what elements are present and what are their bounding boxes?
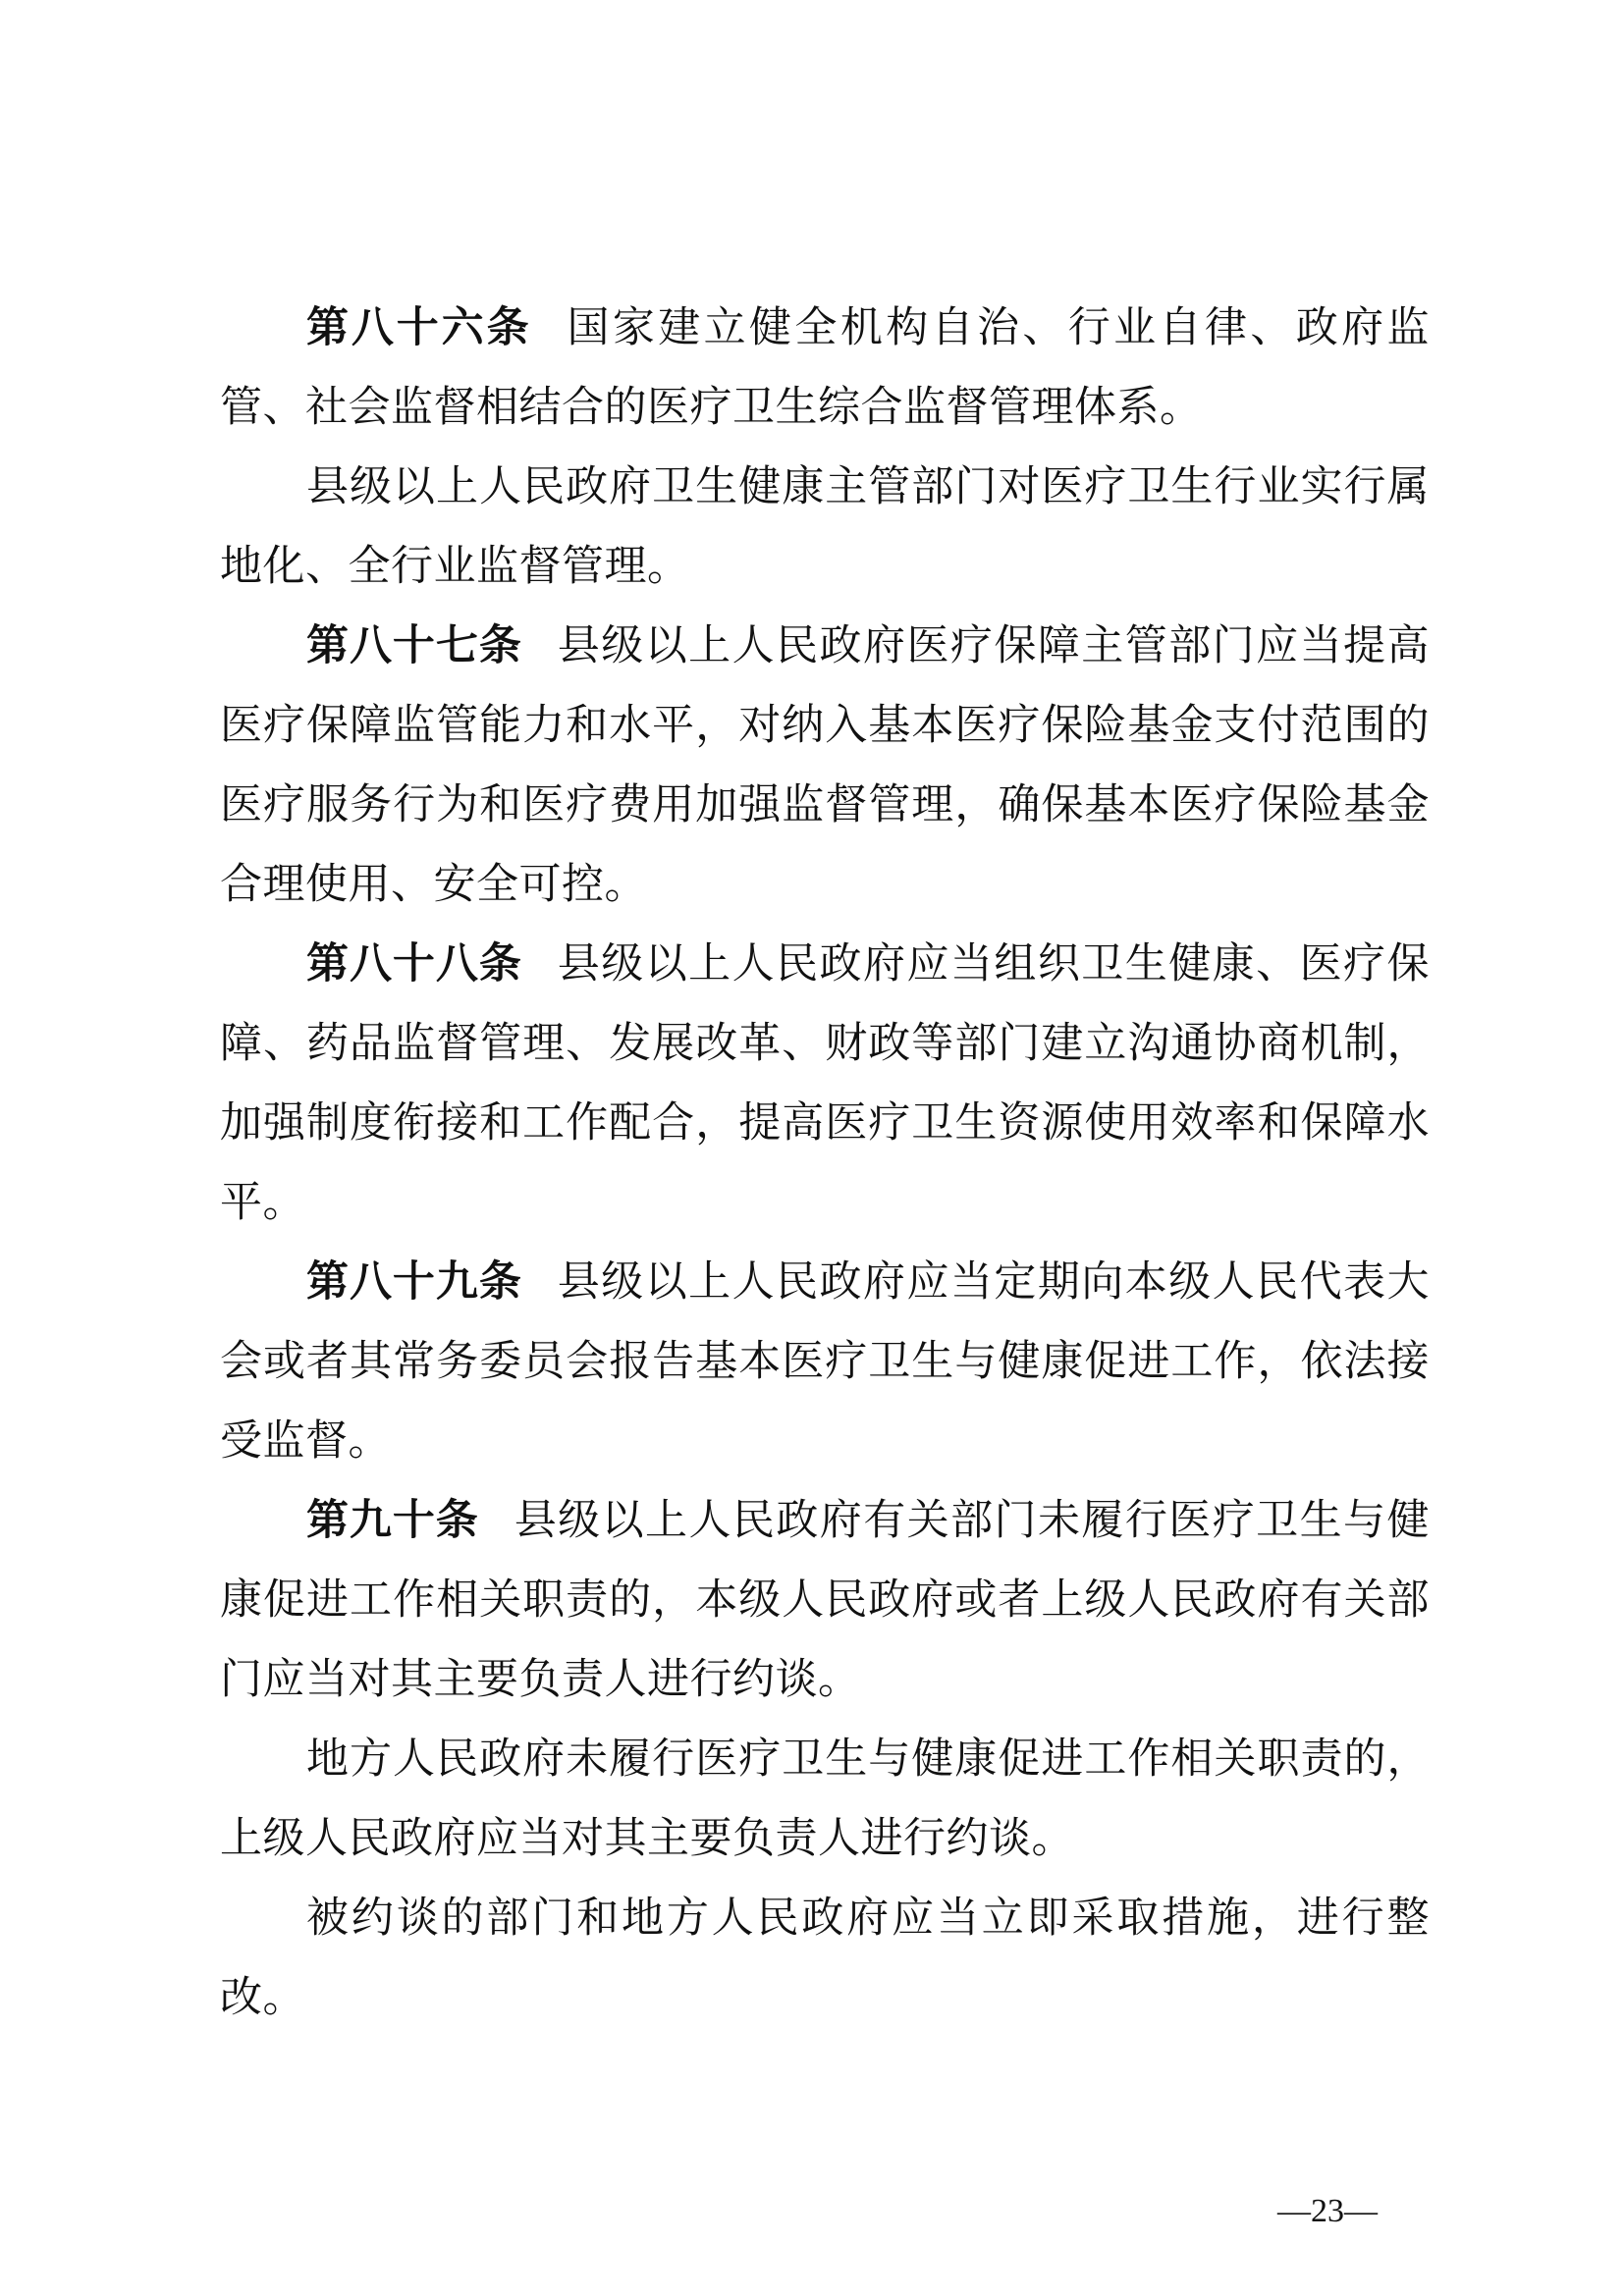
article-90-paragraph: 第九十条县级以上人民政府有关部门未履行医疗卫生与健康促进工作相关职责的，本级人民… — [220, 1481, 1430, 1720]
paragraph-text: 被约谈的部门和地方人民政府应当立即采取措施，进行整改。 — [220, 1894, 1430, 2022]
page-number: —23— — [1272, 2187, 1382, 2236]
article-86-paragraph-2: 县级以上人民政府卫生健康主管部门对医疗卫生行业实行属地化、全行业监督管理。 — [220, 448, 1430, 607]
article-number: 第八十八条 — [306, 939, 522, 988]
article-number: 第八十七条 — [306, 621, 522, 670]
article-90-paragraph-3: 被约谈的部门和地方人民政府应当立即采取措施，进行整改。 — [220, 1879, 1430, 2038]
article-87-paragraph: 第八十七条县级以上人民政府医疗保障主管部门应当提高医疗保障监管能力和水平，对纳入… — [220, 607, 1430, 925]
article-number: 第八十六条 — [306, 303, 531, 352]
paragraph-text: 地方人民政府未履行医疗卫生与健康促进工作相关职责的，上级人民政府应当对其主要负责… — [220, 1735, 1430, 1863]
article-number: 第九十条 — [306, 1496, 479, 1545]
article-88-paragraph: 第八十八条县级以上人民政府应当组织卫生健康、医疗保障、药品监督管理、发展改革、财… — [220, 925, 1430, 1243]
article-90-paragraph-2: 地方人民政府未履行医疗卫生与健康促进工作相关职责的，上级人民政府应当对其主要负责… — [220, 1720, 1430, 1879]
paragraph-text: 县级以上人民政府卫生健康主管部门对医疗卫生行业实行属地化、全行业监督管理。 — [220, 462, 1430, 591]
article-89-paragraph: 第八十九条县级以上人民政府应当定期向本级人民代表大会或者其常务委员会报告基本医疗… — [220, 1243, 1430, 1481]
article-number: 第八十九条 — [306, 1257, 522, 1307]
document-page: 第八十六条国家建立健全机构自治、行业自律、政府监管、社会监督相结合的医疗卫生综合… — [0, 0, 1624, 2296]
article-86-paragraph: 第八十六条国家建立健全机构自治、行业自律、政府监管、社会监督相结合的医疗卫生综合… — [220, 289, 1430, 448]
document-body: 第八十六条国家建立健全机构自治、行业自律、政府监管、社会监督相结合的医疗卫生综合… — [220, 289, 1430, 2038]
